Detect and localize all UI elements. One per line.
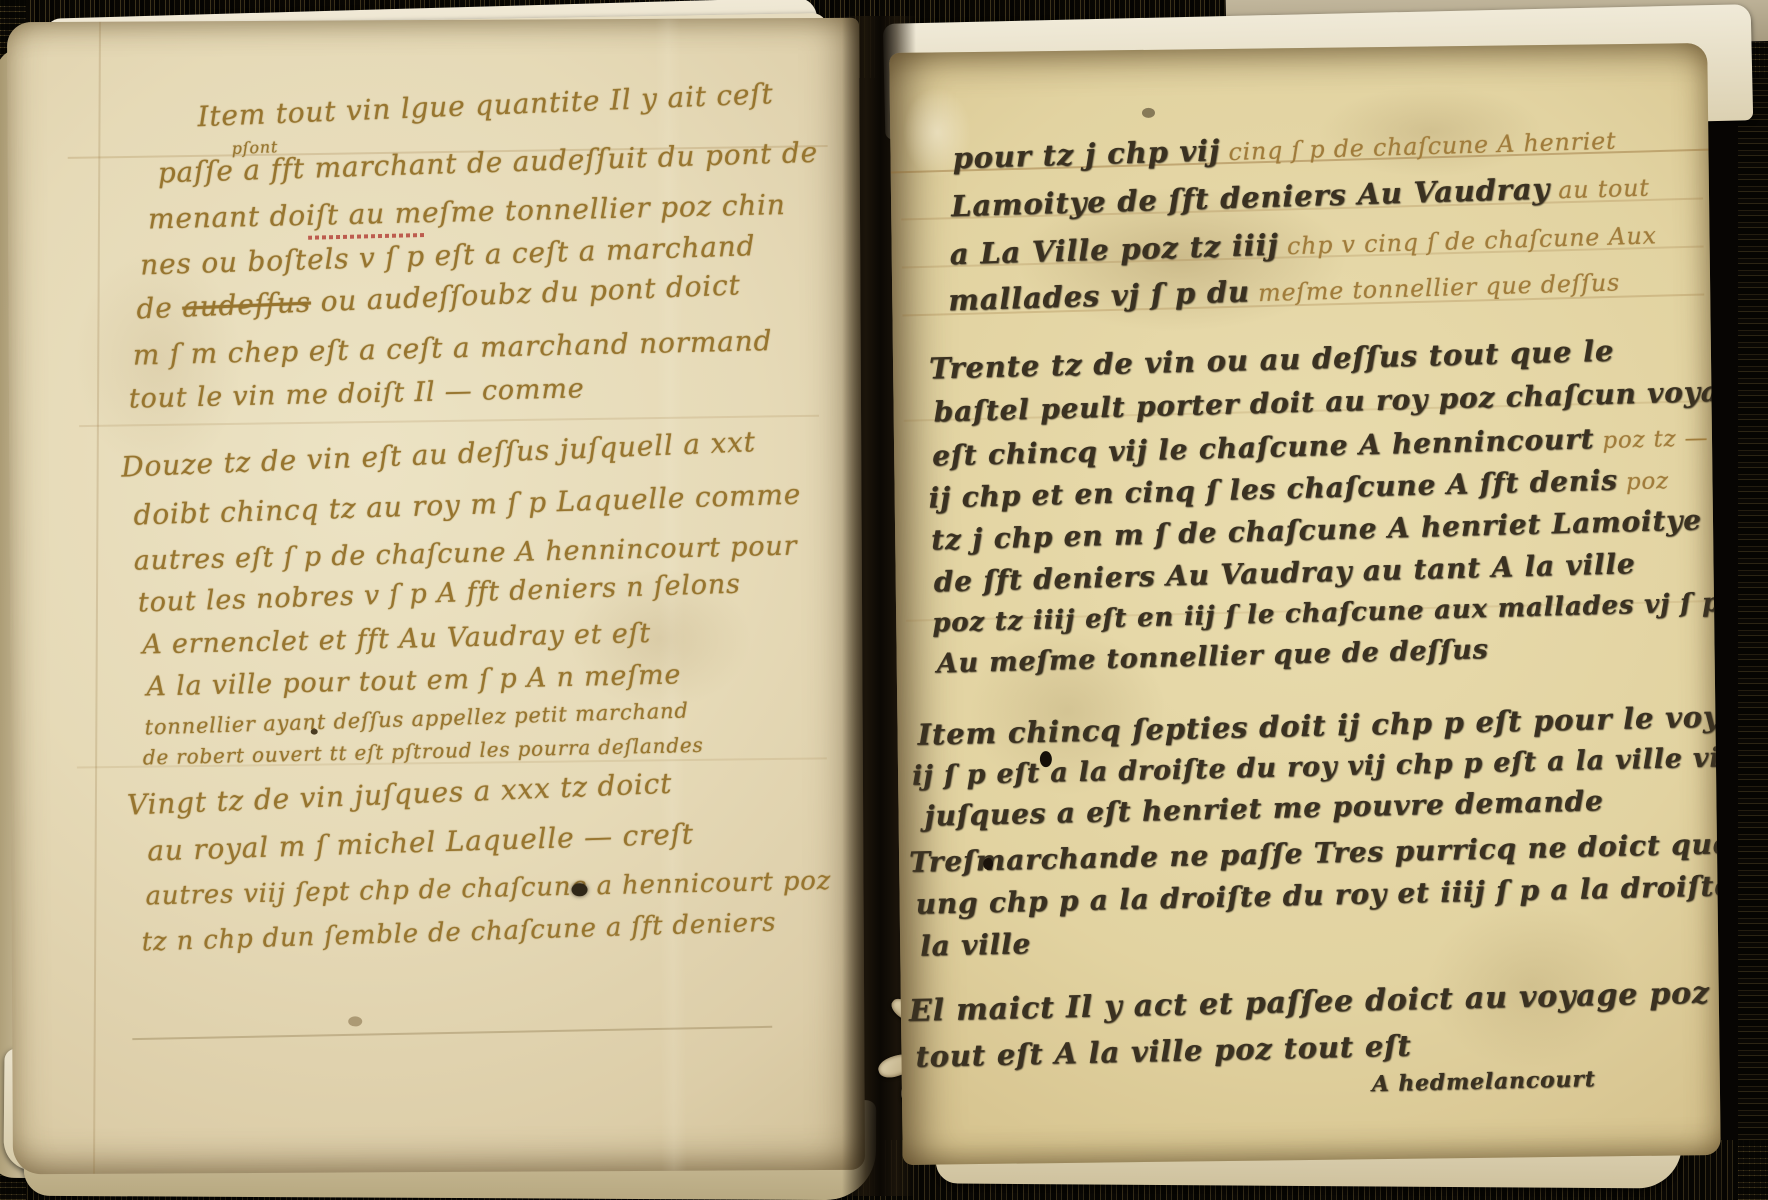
dark-ink-fragment: de ſft deniers Au Vaudray au tant A la v…: [933, 547, 1636, 598]
dark-ink-fragment: poz tz iiij eſt en iij ſ le chaſcune aux…: [932, 588, 1721, 639]
parchment-hole: [983, 858, 993, 870]
line-fragment: de: [136, 291, 183, 326]
manuscript-line: Trente tz de vin ou au deſſus tout que l…: [929, 337, 1615, 384]
sepia-ink-fragment: poz tz —: [1594, 425, 1709, 454]
manuscript-line: autres viij ſept chp de chaſcune a henni…: [145, 868, 831, 910]
manuscript-line: de ſft deniers Au Vaudray au tant A la v…: [933, 550, 1635, 596]
manuscript-line: m ſ m chep eſt a ceſt a marchand normand: [132, 327, 772, 370]
manuscript-line: de robert ouvert tt eſt pſtroud les pour…: [143, 735, 704, 768]
parchment-hole: [348, 1016, 362, 1026]
manuscript-line: doibt chincq tz au roy m ſ p Laquelle co…: [133, 481, 801, 530]
manuscript-line: Item chincq ſepties doit ij chp p eſt po…: [917, 701, 1721, 750]
ink-blot: [572, 883, 588, 896]
ink-speck: [1142, 108, 1155, 118]
manuscript-line: tout les nobres v ſ p A fft deniers n ſe…: [138, 571, 741, 617]
manuscript-line: El maict Il y act et paſſee doict au voy…: [909, 979, 1710, 1027]
right-page: pour tz j chp vij cinq ſ p de chaſcune A…: [889, 43, 1721, 1165]
manuscript-line: A hedmelancourt: [1372, 1068, 1596, 1095]
dark-ink-fragment: pour tz j chp vij: [952, 133, 1221, 175]
manuscript-line: tout le vin me doiſt Il — comme: [129, 375, 585, 412]
manuscript-line: a La Ville poz tz iiij chp v cinq ſ de c…: [949, 219, 1657, 269]
dark-ink-fragment: ij chp et en cinq ſ les chaſcune A ſft d…: [928, 464, 1618, 515]
red-underline-mark: [308, 233, 426, 240]
manuscript-line: de audeſſus ou audeſſoubz du pont doict: [136, 271, 741, 323]
dark-ink-fragment: Lamoitye de ſft deniers Au Vaudray: [951, 172, 1551, 224]
line-fragment: ou audeſſoubz du pont doict: [310, 268, 741, 318]
dark-ink-fragment: mallades vj ſ p du: [948, 274, 1250, 317]
dark-ink-fragment: eſt chincq vij le chaſcune A hennincourt: [932, 422, 1595, 472]
dark-ink-fragment: Au meſme tonnellier que de deſſus: [936, 634, 1489, 679]
manuscript-line: A la ville pour tout em ſ p A n meſme: [146, 661, 681, 700]
manuscript-line: Item tout vin lgue quantite Il y ait ceſ…: [197, 80, 774, 131]
ruling-line: [79, 415, 819, 427]
manuscript-line: autres eſt ſ p de chaſcune A hennincourt…: [134, 533, 798, 575]
manuscript-line: la ville: [920, 930, 1032, 961]
sepia-ink-fragment: chp v cinq ſ de chaſcune Aux: [1278, 221, 1657, 260]
manuscript-line: ij chp et en cinq ſ les chaſcune A ſft d…: [928, 465, 1669, 512]
struck-word: audeſſus: [182, 286, 312, 324]
manuscript-line: Au meſme tonnellier que de deſſus: [936, 636, 1489, 677]
ruling-line: [132, 1026, 772, 1040]
manuscript-line: tout eſt A la ville poz tout eſt: [915, 1032, 1412, 1072]
manuscript-line: ung chp p a la droiſte du roy et iiij ſ …: [915, 871, 1720, 919]
manuscript-line: juſques a eſt henriet me pouvre demande: [924, 787, 1604, 830]
manuscript-photo: Item tout vin lgue quantite Il y ait ceſ…: [0, 0, 1768, 1200]
manuscript-line: baſtel peult porter doit au roy poz chaſ…: [933, 377, 1720, 427]
manuscript-line: Douze tz de vin eſt au deſſus juſquell a…: [121, 428, 756, 481]
sepia-ink-fragment: au tout: [1550, 174, 1650, 205]
manuscript-line: Treſmarchande ne paſſe Tres purricq ne d…: [909, 830, 1721, 877]
sepia-ink-fragment: cinq ſ p de chaſcune A henriet: [1220, 127, 1617, 167]
manuscript-line: ij ſ p eſt a la droiſte du roy vij chp p…: [912, 742, 1721, 789]
dark-ink-fragment: Trente tz de vin ou au deſſus tout que l…: [929, 334, 1615, 386]
manuscript-line: tz j chp en m ſ de chaſcune A henriet La…: [931, 506, 1702, 554]
left-page: Item tout vin lgue quantite Il y ait ceſ…: [7, 18, 865, 1174]
manuscript-line: mallades vj ſ p du meſme tonnellier que …: [948, 266, 1621, 315]
manuscript-line: au royal m ſ michel Laquelle — creſt: [147, 820, 694, 865]
manuscript-line: Vingt tz de vin juſques a xxx tz doict: [127, 770, 673, 820]
manuscript-line: pour tz j chp vij cinq ſ p de chaſcune A…: [952, 125, 1617, 174]
ink-speck: [311, 729, 318, 735]
manuscript-line: tz n chp dun ſemble de chaſcune a ſft de…: [141, 910, 776, 956]
sepia-ink-fragment: poz: [1617, 468, 1669, 495]
fold-crease: [93, 22, 101, 1174]
photo-edge-smear-right: [1738, 0, 1768, 1200]
parchment-curl-highlight: [891, 72, 982, 193]
manuscript-line: poz tz iiij eſt en iij ſ le chaſcune aux…: [932, 590, 1721, 637]
dark-ink-fragment: a La Ville poz tz iiij: [949, 228, 1279, 272]
manuscript-line: menant doiſt au meſme tonnellier poz chi…: [148, 191, 786, 233]
manuscript-line: A ernenclet et fft Au Vaudray et eſt: [142, 620, 651, 659]
manuscript-line: Lamoitye de ſft deniers Au Vaudray au to…: [951, 172, 1650, 222]
parchment-hole: [1040, 751, 1052, 767]
manuscript-line: tonnellier ayant deſſus appellez petit m…: [144, 700, 689, 738]
sepia-ink-fragment: meſme tonnellier que deſſus: [1249, 268, 1620, 307]
